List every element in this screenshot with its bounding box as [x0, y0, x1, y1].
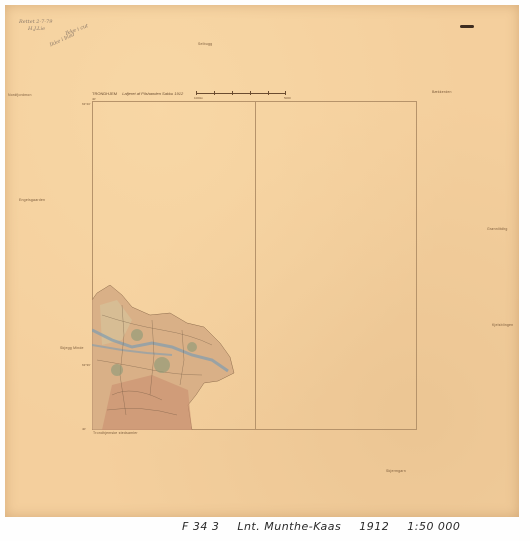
margin-label-left-low: Skjegg Minde [60, 346, 84, 350]
archive-caption: F 34 3 Lnt. Munthe-Kaas 1912 1:50 000 [182, 520, 474, 533]
sheet-subtitle: Lafjeret af Pilshanden Sakku 1912 [122, 91, 183, 96]
handwritten-note-date: Rettet 2-7-79 [19, 19, 52, 25]
scale-right-label: 5000 [284, 96, 291, 100]
frame-tick-left-lower: 63°36' [82, 363, 90, 367]
scale-bar [196, 93, 286, 94]
handwritten-note-initials: H.J.Lie [28, 26, 45, 32]
margin-label-bottom: Skjermgarn [386, 469, 406, 473]
margin-label-right-mid: Grønnlitdhg [487, 227, 508, 231]
margin-label-top: Selbugg [198, 42, 212, 46]
surveyor: Lnt. Munthe-Kaas [237, 520, 341, 533]
ink-mark [460, 25, 474, 28]
margin-label-right-top: Bækkerden [432, 90, 452, 94]
frame-tick-left-upper: 63°40' [82, 102, 90, 106]
frame-bottom-label: Trondhjemske stedsamler [93, 431, 138, 435]
scale: 1:50 000 [407, 520, 460, 533]
handwritten-note-2: Ikke i cut [65, 23, 89, 37]
margin-label-right-low: Kjelsblingen [492, 323, 513, 327]
sheet-title: TRONDHJEM [92, 91, 117, 96]
sheet-number: F 34 3 [182, 520, 219, 533]
margin-label-left-mid: Engelsgaarden [19, 198, 45, 202]
year: 1912 [359, 520, 389, 533]
map-frame-divider [255, 101, 256, 430]
sheet-title-block: TRONDHJEM Lafjeret af Pilshanden Sakku 1… [92, 91, 183, 96]
margin-label-left-top: Nordfjordmon [8, 93, 32, 97]
scale-left-label: 1000m [194, 96, 203, 100]
mapped-terrain-area [92, 285, 235, 430]
frame-tick-bottom-left: 40' [82, 427, 86, 431]
